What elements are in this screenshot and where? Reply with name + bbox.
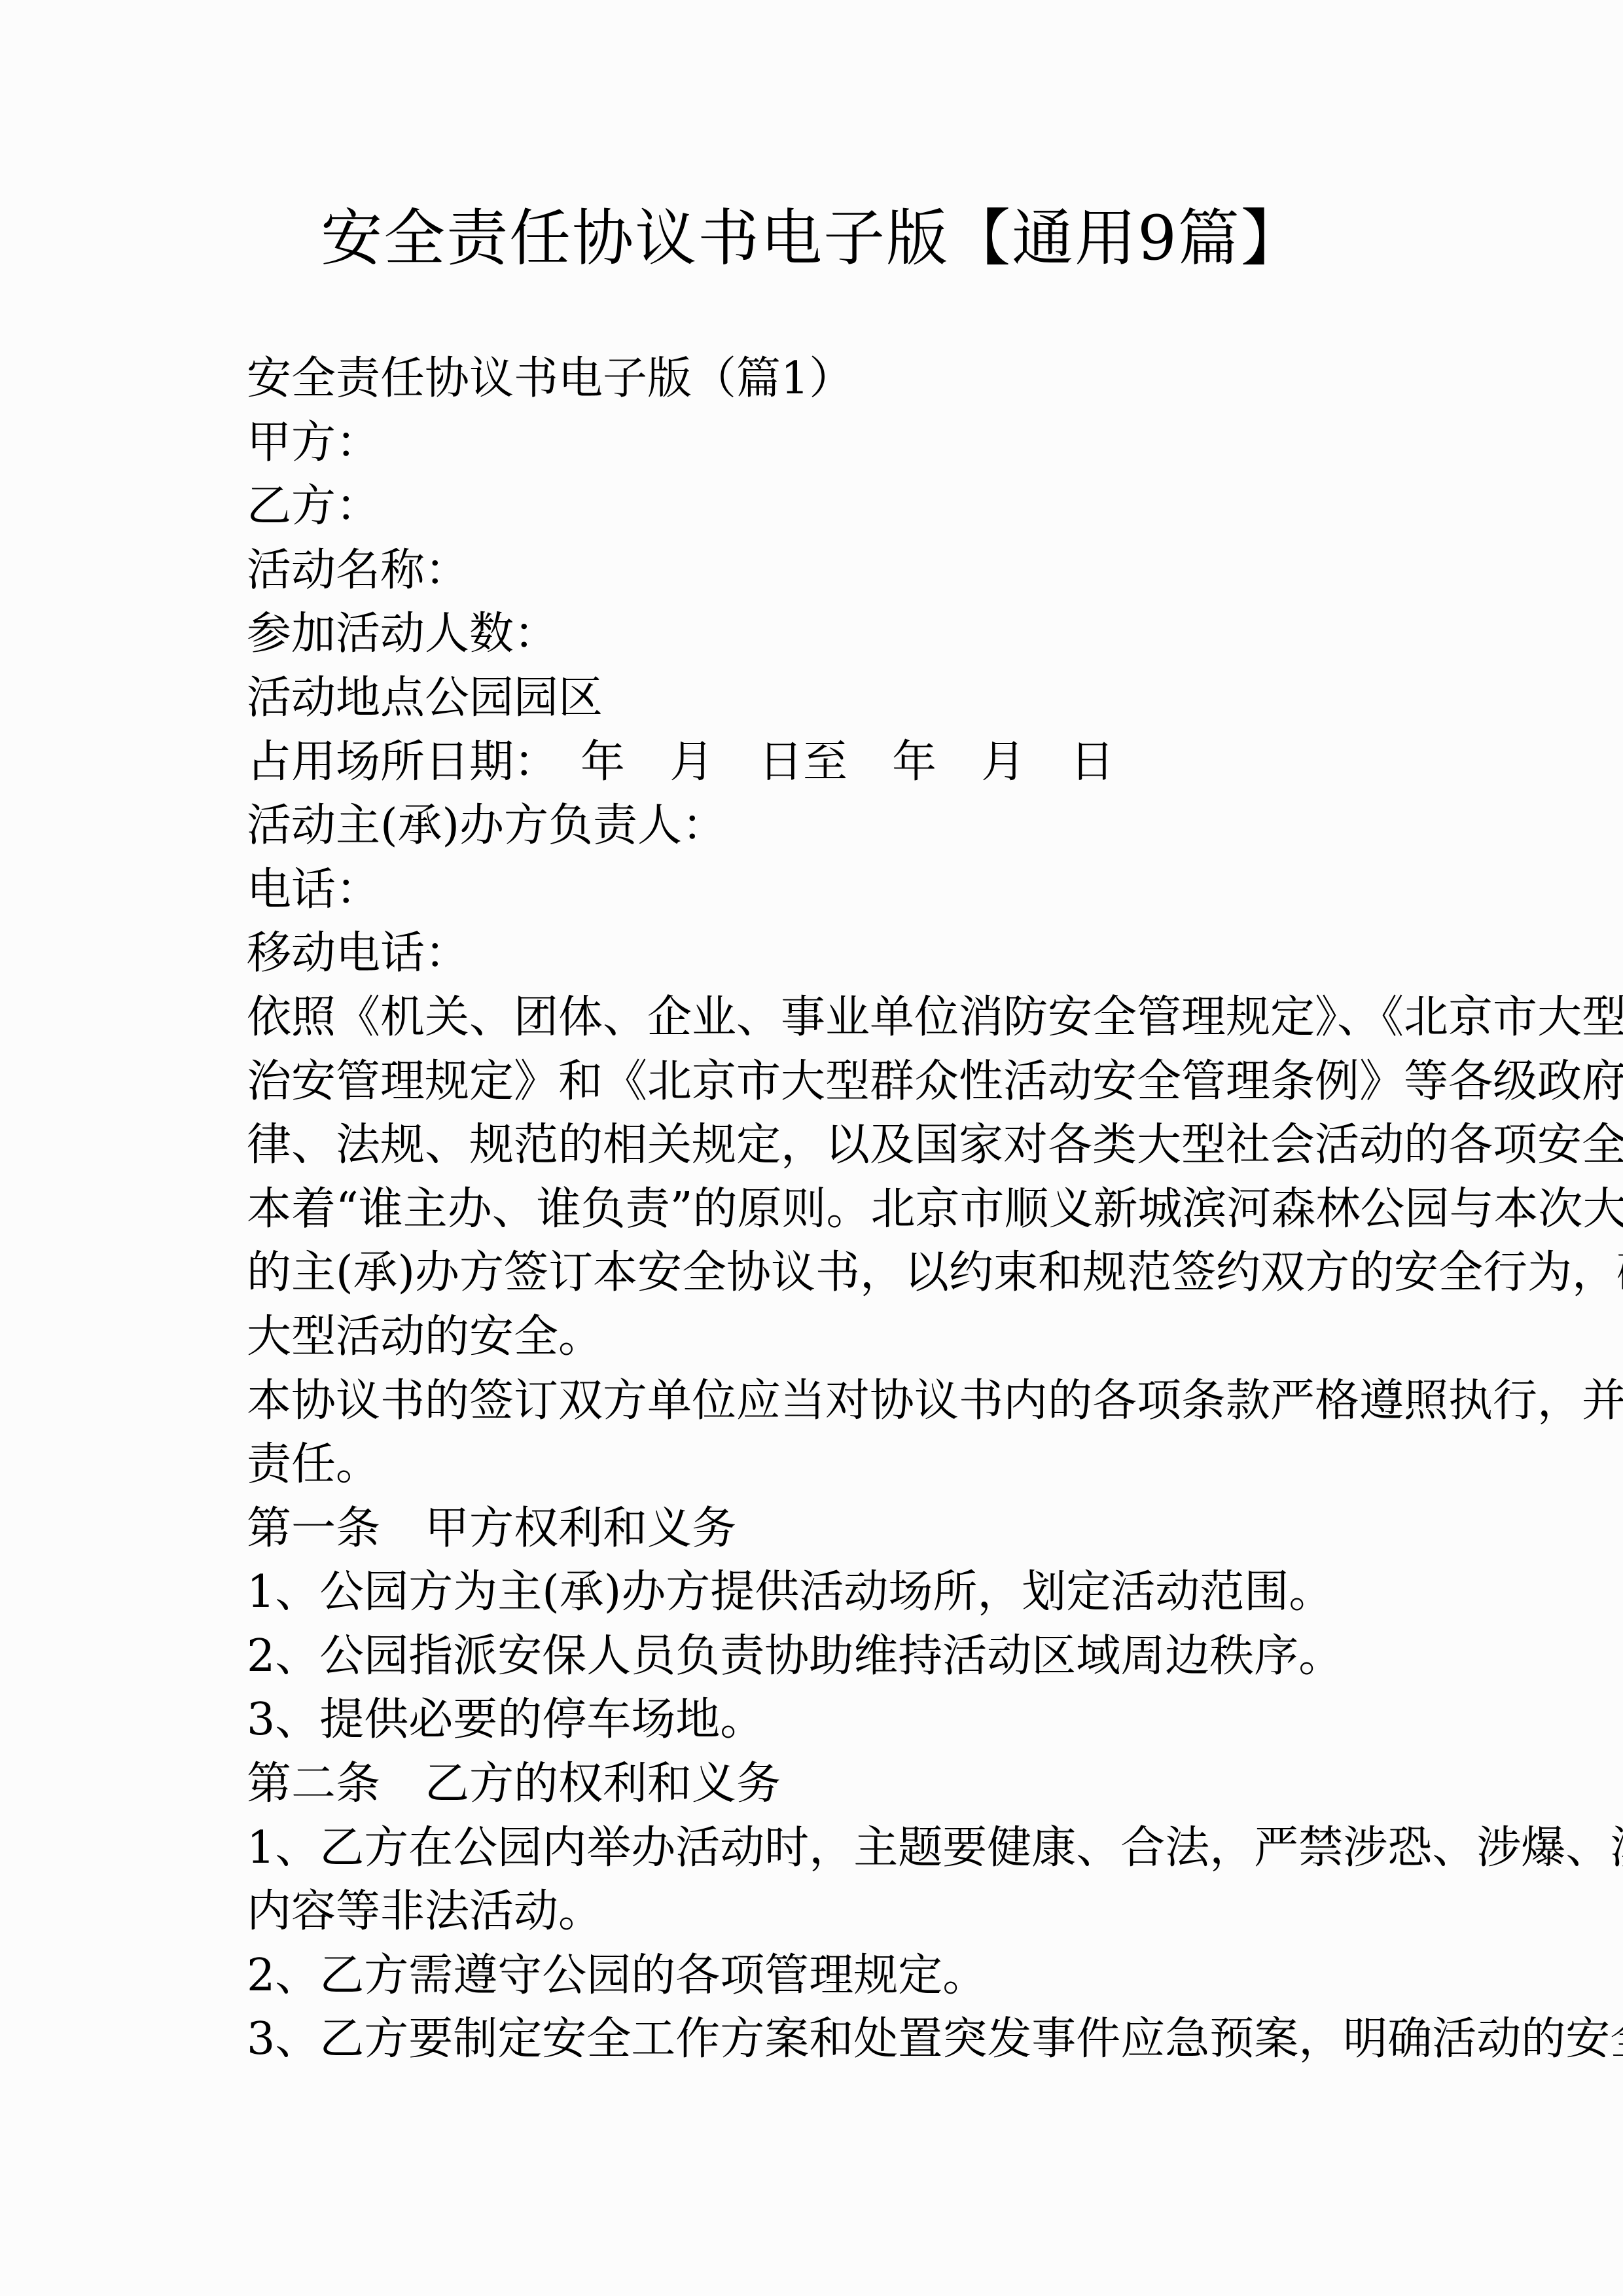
- field-location: 活动地点公园园区: [247, 666, 1378, 730]
- article-2-heading: 第二条 乙方的权利和义务: [247, 1752, 1378, 1816]
- field-activity-name: 活动名称：: [247, 539, 1378, 603]
- article-2-item-continuation: 内容等非法活动。: [247, 1880, 1378, 1944]
- paragraph-line: 律、法规、规范的相关规定，以及国家对各类大型社会活动的各项安全规范要求，: [247, 1113, 1378, 1177]
- paragraph-obligation: 本协议书的签订双方单位应当对协议书内的各项条款严格遵照执行，并承担相关 责任。: [247, 1369, 1378, 1497]
- article-1-item: 1、公园方为主(承)办方提供活动场所，划定活动范围。: [247, 1560, 1378, 1624]
- article-1-item: 3、提供必要的停车场地。: [247, 1688, 1378, 1752]
- paragraph-line: 依照《机关、团体、企业、事业单位消防安全管理规定》、《北京市大型社会活动: [247, 986, 1378, 1050]
- article-1-item: 2、公园指派安保人员负责协助维持活动区域周边秩序。: [247, 1624, 1378, 1689]
- paragraph-basis: 依照《机关、团体、企业、事业单位消防安全管理规定》、《北京市大型社会活动 治安管…: [247, 986, 1378, 1369]
- article-1-heading: 第一条 甲方权利和义务: [247, 1497, 1378, 1561]
- field-organizer-contact: 活动主(承)办方负责人：: [247, 794, 1378, 858]
- paragraph-line: 的主(承)办方签订本安全协议书，以约束和规范签约双方的安全行为，确保本次: [247, 1241, 1378, 1305]
- article-2-item: 2、乙方需遵守公园的各项管理规定。: [247, 1944, 1378, 2008]
- article-1: 第一条 甲方权利和义务 1、公园方为主(承)办方提供活动场所，划定活动范围。 2…: [247, 1497, 1378, 1752]
- field-party-a: 甲方：: [247, 411, 1378, 475]
- paragraph-line: 治安管理规定》和《北京市大型群众性活动安全管理条例》等各级政府制定的法: [247, 1050, 1378, 1114]
- field-mobile-phone: 移动电话：: [247, 922, 1378, 986]
- document-page: 安全责任协议书电子版【通用9篇】 安全责任协议书电子版（篇1） 甲方： 乙方： …: [0, 0, 1623, 2296]
- article-2-item: 1、乙方在公园内举办活动时，主题要健康、合法，严禁涉恐、涉爆、涉及宗教: [247, 1816, 1378, 1880]
- field-party-b: 乙方：: [247, 475, 1378, 539]
- document-body: 安全责任协议书电子版（篇1） 甲方： 乙方： 活动名称： 参加活动人数： 活动地…: [247, 347, 1378, 2072]
- paragraph-line: 责任。: [247, 1433, 1378, 1497]
- field-phone: 电话：: [247, 858, 1378, 922]
- paragraph-line: 本协议书的签订双方单位应当对协议书内的各项条款严格遵照执行，并承担相关: [247, 1369, 1378, 1433]
- paragraph-line: 本着“谁主办、谁负责”的原则。北京市顺义新城滨河森林公园与本次大型活动: [247, 1177, 1378, 1242]
- document-title: 安全责任协议书电子版【通用9篇】: [246, 196, 1378, 281]
- field-occupancy-dates: 占用场所日期： 年 月 日至 年 月 日: [247, 730, 1378, 795]
- article-2: 第二条 乙方的权利和义务 1、乙方在公园内举办活动时，主题要健康、合法，严禁涉恐…: [247, 1752, 1378, 2072]
- field-participants: 参加活动人数：: [247, 602, 1378, 666]
- paragraph-line: 大型活动的安全。: [247, 1305, 1378, 1369]
- section-heading: 安全责任协议书电子版（篇1）: [247, 347, 1378, 411]
- article-2-item: 3、乙方要制定安全工作方案和处置突发事件应急预案，明确活动的安全责任人。: [247, 2007, 1393, 2072]
